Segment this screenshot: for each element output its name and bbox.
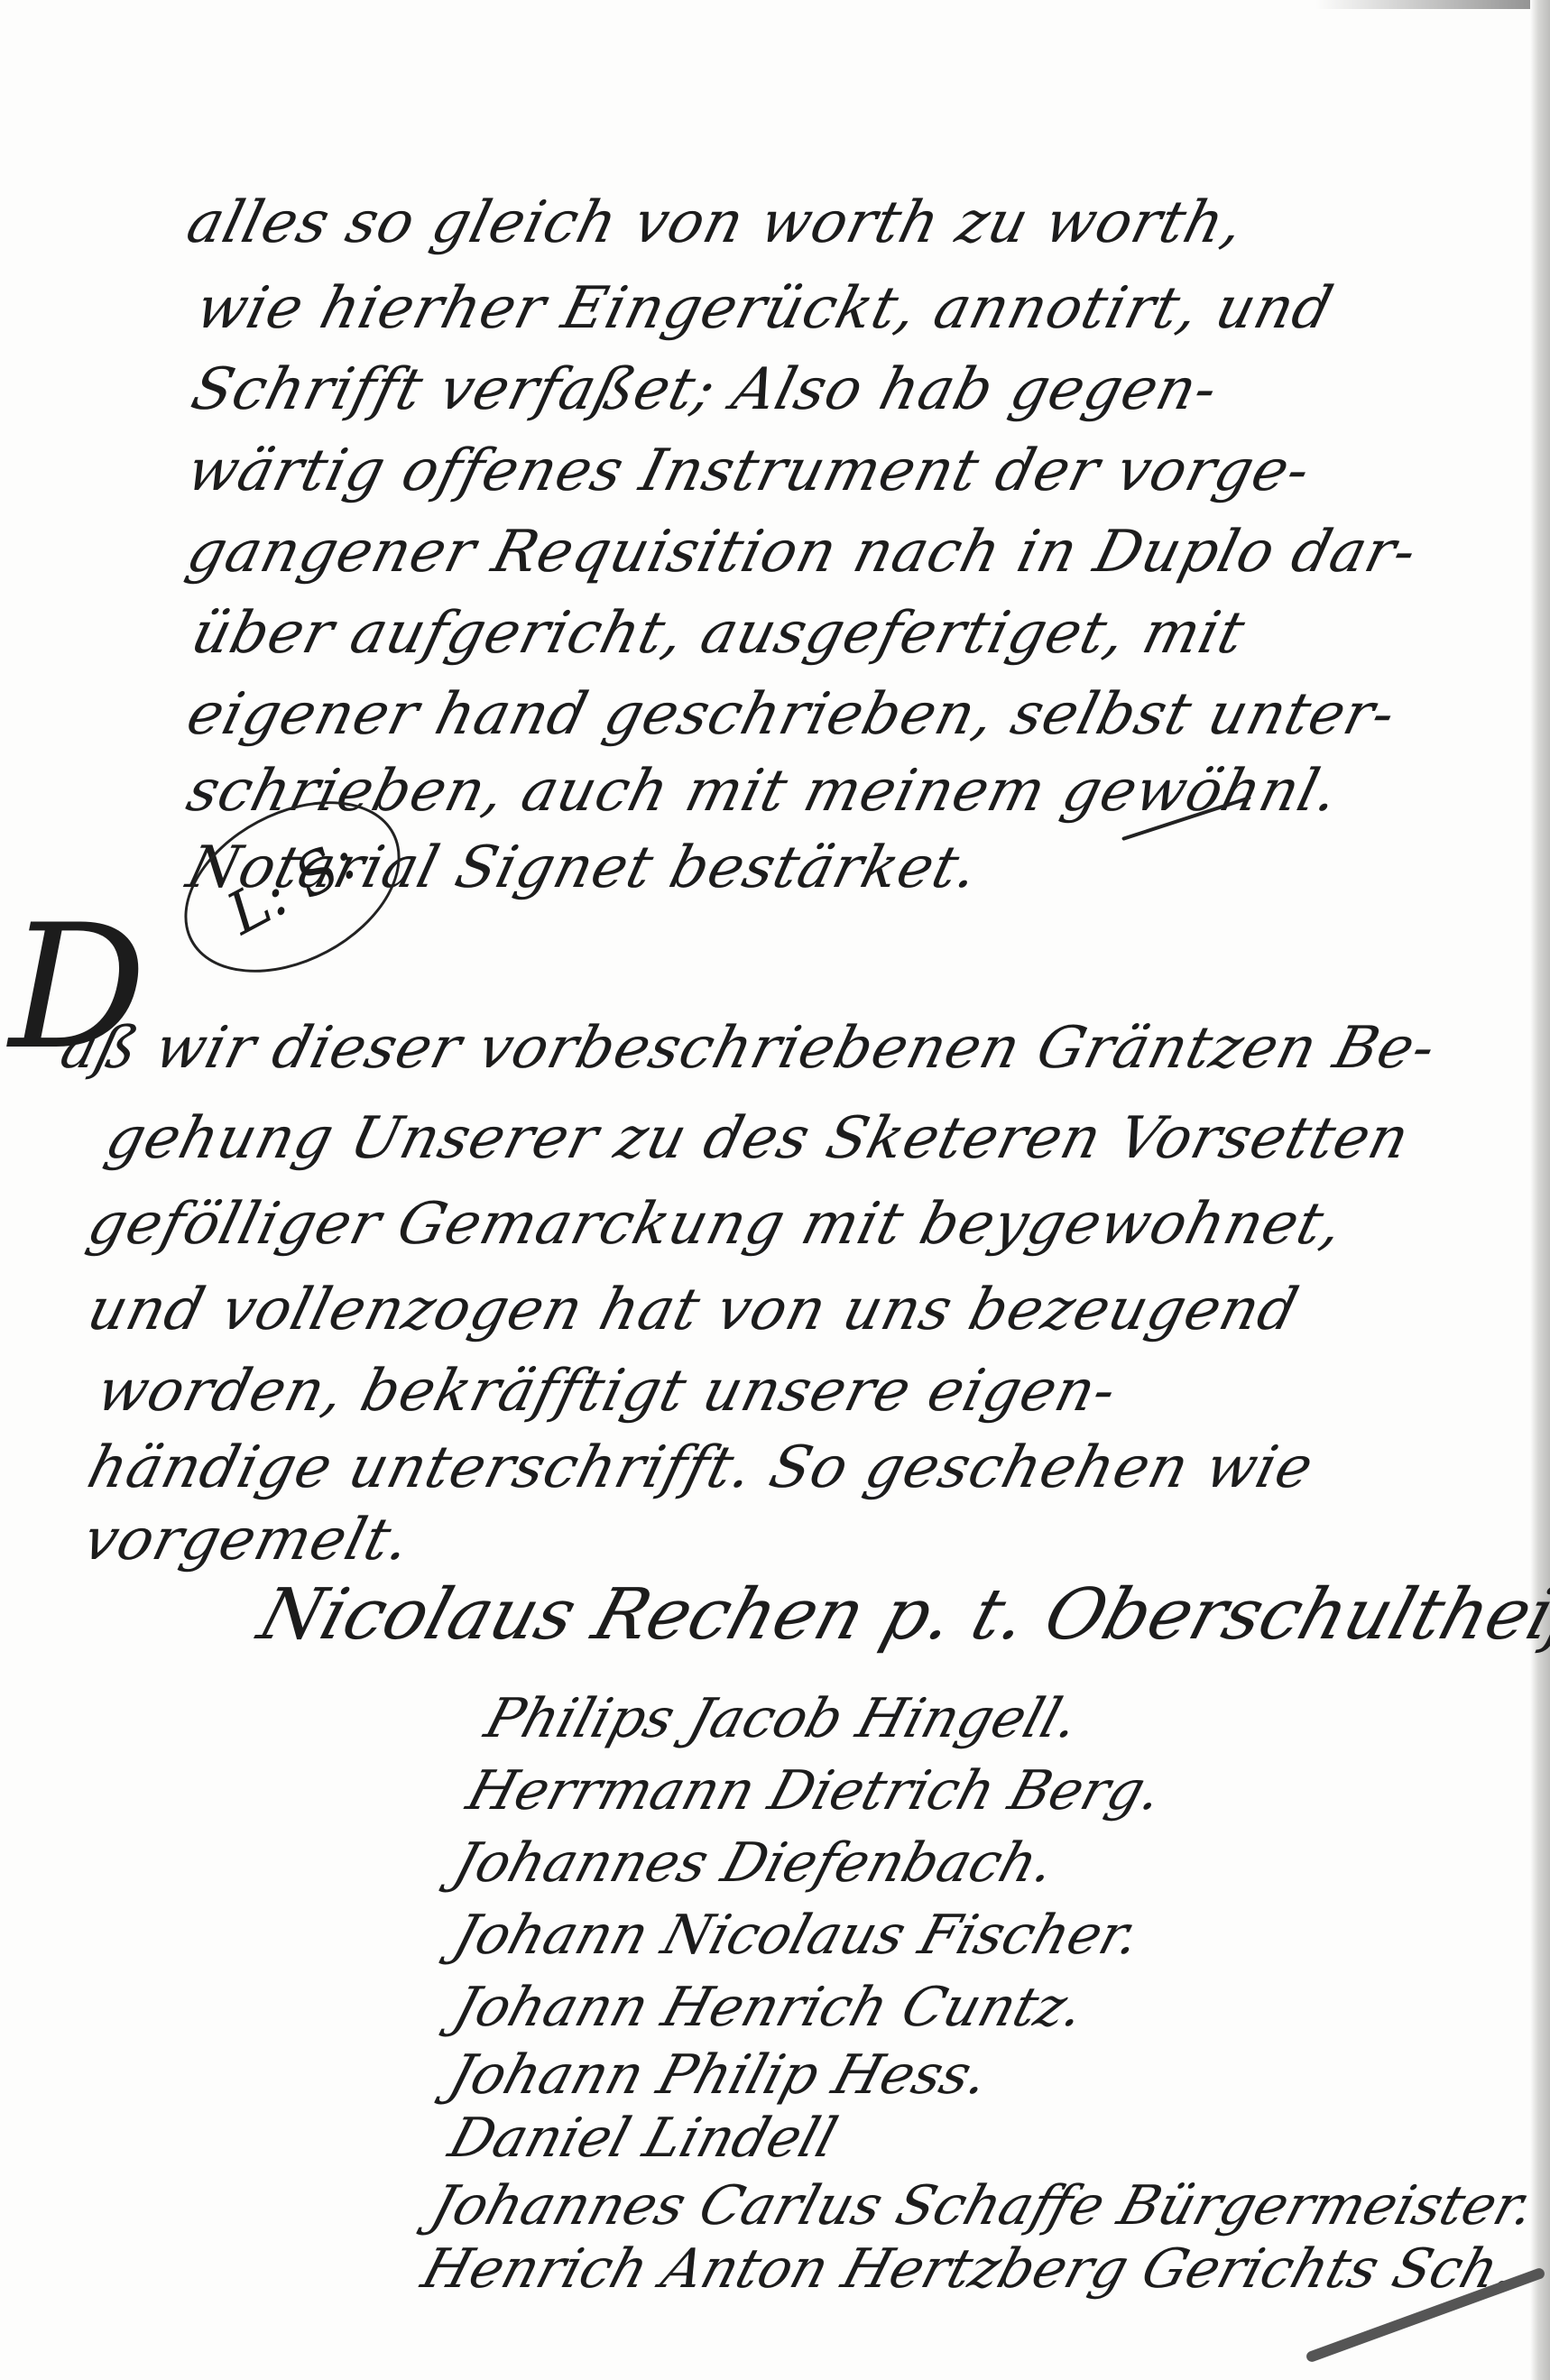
body-line-3: Schrifft verfaßet; Also hab gegen- — [185, 356, 1224, 423]
manuscript-page: alles so gleich von worth zu worth, wie … — [0, 0, 1550, 2380]
signature-2: Philips Jacob Hingell. — [478, 1687, 1085, 1750]
signature-4: Johannes Diefenbach. — [447, 1831, 1062, 1895]
scan-top-edge-shadow — [1315, 0, 1550, 9]
signature-1: Nicolaus Rechen p. t. Oberschultheiß — [250, 1574, 1550, 1656]
section2-line-5: worden, bekräfftigt unsere eigen- — [90, 1358, 1123, 1425]
body-line-2: wie hierher Eingerückt, annotirt, und — [189, 275, 1340, 342]
signature-8: Daniel Lindell — [442, 2107, 844, 2170]
section2-line-4: und vollenzogen hat von uns bezeugend — [81, 1277, 1306, 1343]
section2-line-7: vorgemelt. — [77, 1507, 418, 1573]
signature-7: Johann Philip Hess. — [442, 2043, 996, 2107]
seal-label: L: S: — [217, 826, 367, 948]
body-line-6: über aufgericht, ausgefertiget, mit — [185, 600, 1251, 667]
body-line-4: wärtig offenes Instrument der vorge- — [180, 438, 1317, 504]
section2-line-2: gehung Unserer zu des Sketeren Vorsetten — [99, 1105, 1416, 1172]
signature-6: Johann Henrich Cuntz. — [447, 1976, 1092, 2039]
signature-9: Johannes Carlus Schaffe Bürgermeister. — [424, 2174, 1542, 2237]
signature-3: Herrmann Dietrich Berg. — [460, 1759, 1169, 1822]
body-line-1: alles so gleich von worth zu worth, — [180, 189, 1250, 256]
signature-10: Henrich Anton Hertzberg Gerichts Sch. — [415, 2237, 1523, 2301]
scan-right-edge-shadow — [1530, 0, 1550, 2380]
section2-line-6: händige unterschrifft. So geschehen wie — [81, 1434, 1320, 1501]
body-line-7: eigener hand geschrieben, selbst unter- — [180, 681, 1402, 748]
body-line-5: gangener Requisition nach in Duplo dar- — [180, 519, 1424, 586]
signature-5: Johann Nicolaus Fischer. — [447, 1904, 1147, 1967]
section2-line-3: gefölliger Gemarckung mit beygewohnet, — [81, 1191, 1350, 1258]
section2-line-1: aß wir dieser vorbeschriebenen Gräntzen … — [54, 1015, 1443, 1082]
